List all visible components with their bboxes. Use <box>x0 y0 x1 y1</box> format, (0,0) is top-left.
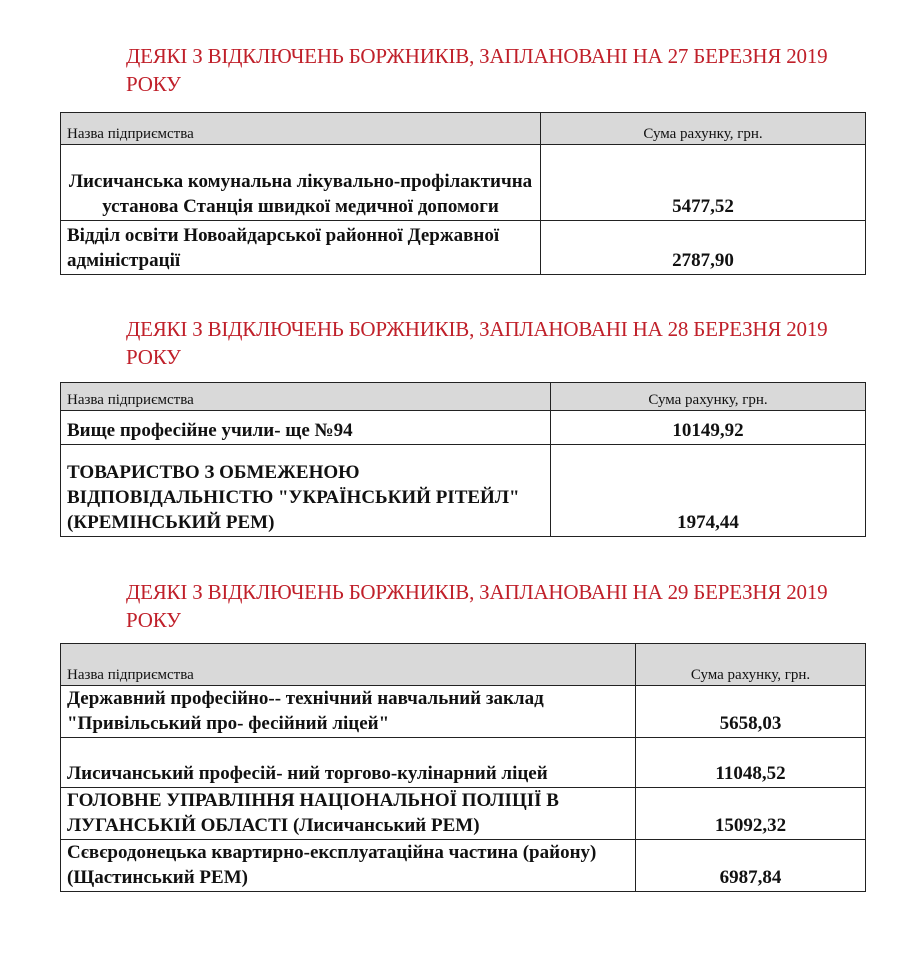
table-header-row: Назва підприємства Сума рахунку, грн. <box>61 383 866 411</box>
company-name: Вище професійне учили- ще №94 <box>61 411 551 445</box>
section-heading-27-march: ДЕЯКІ З ВІДКЛЮЧЕНЬ БОРЖНИКІВ, ЗАПЛАНОВАН… <box>126 42 846 98</box>
table-row: Державний професійно-- технічний навчаль… <box>61 686 866 738</box>
table-header-row: Назва підприємства Сума рахунку, грн. <box>61 644 866 686</box>
company-name: Лисичанський професій- ний торгово-кулін… <box>61 738 636 788</box>
column-header-sum: Сума рахунку, грн. <box>551 383 866 411</box>
debtors-table-27-march: Назва підприємства Сума рахунку, грн. Ли… <box>60 112 866 275</box>
debt-sum: 1974,44 <box>551 445 866 537</box>
section-heading-28-march: ДЕЯКІ З ВІДКЛЮЧЕНЬ БОРЖНИКІВ, ЗАПЛАНОВАН… <box>126 315 846 371</box>
debt-sum: 6987,84 <box>636 840 866 892</box>
debtors-table-28-march: Назва підприємства Сума рахунку, грн. Ви… <box>60 382 866 537</box>
company-name: ГОЛОВНЕ УПРАВЛІННЯ НАЦІОНАЛЬНОЇ ПОЛІЦІЇ … <box>61 788 636 840</box>
company-name: Відділ освіти Новоайдарської районної Де… <box>61 221 541 275</box>
column-header-name: Назва підприємства <box>61 644 636 686</box>
table-row: Сєвєродонецька квартирно-експлуатаційна … <box>61 840 866 892</box>
section-heading-29-march: ДЕЯКІ З ВІДКЛЮЧЕНЬ БОРЖНИКІВ, ЗАПЛАНОВАН… <box>126 578 846 634</box>
column-header-name: Назва підприємства <box>61 113 541 145</box>
debt-sum: 11048,52 <box>636 738 866 788</box>
company-name: Державний професійно-- технічний навчаль… <box>61 686 636 738</box>
table-row: Вище професійне учили- ще №94 10149,92 <box>61 411 866 445</box>
table-header-row: Назва підприємства Сума рахунку, грн. <box>61 113 866 145</box>
company-name: Сєвєродонецька квартирно-експлуатаційна … <box>61 840 636 892</box>
table-row: Лисичанська комунальна лікувально-профіл… <box>61 145 866 221</box>
company-name: Лисичанська комунальна лікувально-профіл… <box>61 145 541 221</box>
debt-sum: 5658,03 <box>636 686 866 738</box>
debt-sum: 15092,32 <box>636 788 866 840</box>
column-header-sum: Сума рахунку, грн. <box>636 644 866 686</box>
table-row: ГОЛОВНЕ УПРАВЛІННЯ НАЦІОНАЛЬНОЇ ПОЛІЦІЇ … <box>61 788 866 840</box>
company-name: ТОВАРИСТВО З ОБМЕЖЕНОЮ ВІДПОВІДАЛЬНІСТЮ … <box>61 445 551 537</box>
debt-sum: 10149,92 <box>551 411 866 445</box>
column-header-name: Назва підприємства <box>61 383 551 411</box>
column-header-sum: Сума рахунку, грн. <box>541 113 866 145</box>
debt-sum: 5477,52 <box>541 145 866 221</box>
debt-sum: 2787,90 <box>541 221 866 275</box>
table-row: Лисичанський професій- ний торгово-кулін… <box>61 738 866 788</box>
table-row: ТОВАРИСТВО З ОБМЕЖЕНОЮ ВІДПОВІДАЛЬНІСТЮ … <box>61 445 866 537</box>
debtors-table-29-march: Назва підприємства Сума рахунку, грн. Де… <box>60 643 866 892</box>
table-row: Відділ освіти Новоайдарської районної Де… <box>61 221 866 275</box>
